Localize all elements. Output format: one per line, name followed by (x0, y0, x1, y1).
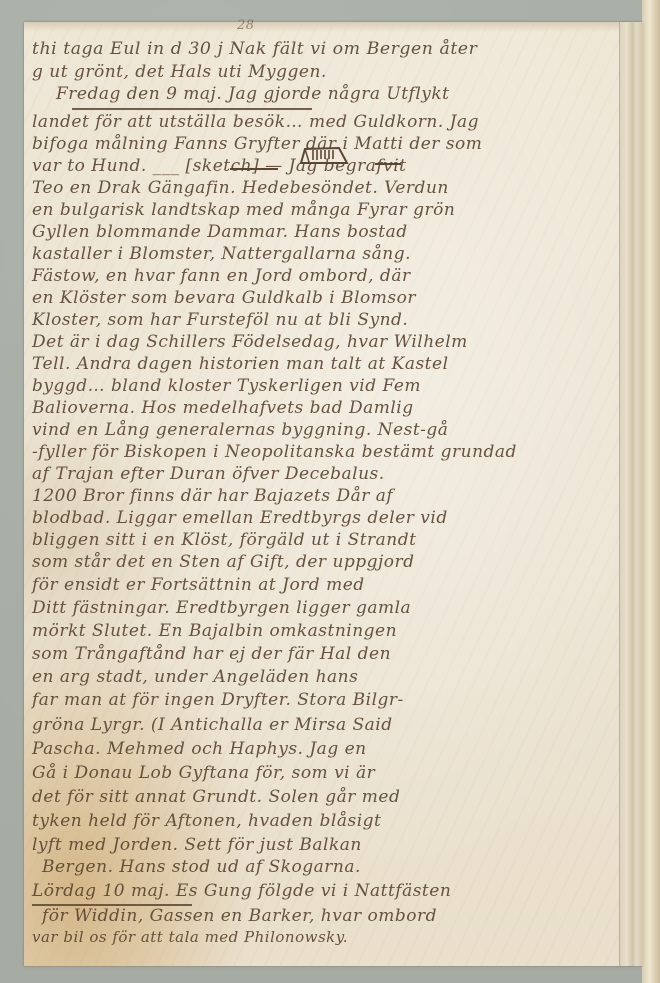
manuscript-line: mörkt Slutet. En Bajalbin omkastningen (32, 621, 397, 641)
manuscript-line: Balioverna. Hos medelhafvets bad Damlig (32, 398, 414, 418)
manuscript-line: Tell. Andra dagen historien man talt at … (32, 354, 449, 374)
manuscript-line: som står det en Sten af Gift, der uppgjo… (32, 552, 415, 572)
manuscript-line: gröna Lyrgr. (I Antichalla er Mirsa Said (32, 715, 393, 735)
manuscript-line-heading: Lördag 10 maj. Es Gung fölgde vi i Nattf… (32, 881, 451, 901)
manuscript-line: far man at för ingen Dryfter. Stora Bilg… (32, 690, 404, 710)
manuscript-line: Gå i Donau Lob Gyftana för, som vi är (32, 763, 375, 783)
manuscript-line-heading: Fredag den 9 maj. Jag gjorde några Utfly… (56, 84, 450, 104)
heading-underline (72, 108, 312, 110)
manuscript-line: en Klöster som bevara Guldkalb i Blomsor (32, 288, 416, 308)
manuscript-line: som Trångaftånd har ej der fär Hal den (32, 644, 391, 664)
manuscript-line: byggd… bland kloster Tyskerligen vid Fem (32, 376, 421, 396)
manuscript-line: Ditt fästningar. Eredtbyrgen ligger gaml… (32, 598, 411, 618)
adjacent-page-edge (642, 0, 660, 983)
page-binding-margin (619, 22, 643, 966)
manuscript-line: Pascha. Mehmed och Haphys. Jag en (32, 739, 367, 759)
manuscript-line: Gyllen blommande Dammar. Hans bostad (32, 222, 408, 242)
manuscript-line: -fyller för Biskopen i Neopolitanska bes… (32, 442, 517, 462)
manuscript-line: g ut grönt, det Hals uti Myggen. (32, 62, 327, 82)
manuscript-line: vind en Lång generalernas byggning. Nest… (32, 420, 448, 440)
manuscript-line: tyken held för Aftonen, hvaden blåsigt (32, 811, 381, 831)
manuscript-line: en bulgarisk landtskap med många Fyrar g… (32, 200, 455, 220)
manuscript-line: Bergen. Hans stod ud af Skogarna. (42, 857, 361, 877)
manuscript-line: var bil os för att tala med Philonowsky. (32, 928, 348, 946)
manuscript-line: för Widdin, Gassen en Barker, hvar ombor… (42, 906, 437, 926)
dash-mark (230, 168, 278, 170)
manuscript-line: för ensidt er Fortsättnin at Jord med (32, 575, 365, 595)
manuscript-line: 1200 Bror finns där har Bajazets Dår af (32, 486, 393, 506)
manuscript-line: bifoga målning Fanns Gryfter där i Matti… (32, 134, 482, 154)
manuscript-line: en arg stadt, under Angeläden hans (32, 667, 358, 687)
manuscript-line: Fästow, en hvar fann en Jord ombord, där (32, 266, 411, 286)
manuscript-line: Det är i dag Schillers Födelsedag, hvar … (32, 332, 468, 352)
manuscript-line: Teo en Drak Gängafin. Hedebesöndet. Verd… (32, 178, 449, 198)
page-number-mark: 28 (237, 18, 255, 33)
manuscript-line: blodbad. Liggar emellan Eredtbyrgs deler… (32, 508, 448, 528)
manuscript-line: kastaller i Blomster, Nattergallarna sån… (32, 244, 411, 264)
dash-mark (375, 163, 401, 165)
manuscript-line: Kloster, som har Fursteföl nu at bli Syn… (32, 310, 408, 330)
manuscript-line: lyft med Jorden. Sett för just Balkan (32, 835, 362, 855)
manuscript-line: landet för att utställa besök… med Guldk… (32, 112, 479, 132)
manuscript-line: af Trajan efter Duran öfver Decebalus. (32, 464, 385, 484)
building-sketch-icon (295, 143, 353, 167)
manuscript-line: thi taga Eul in d 30 j Nak fält vi om Be… (32, 39, 477, 59)
manuscript-line: bliggen sitt i en Klöst, förgäld ut i St… (32, 530, 416, 550)
manuscript-line: det för sitt annat Grundt. Solen går med (32, 787, 400, 807)
page-top-edge (24, 22, 619, 32)
